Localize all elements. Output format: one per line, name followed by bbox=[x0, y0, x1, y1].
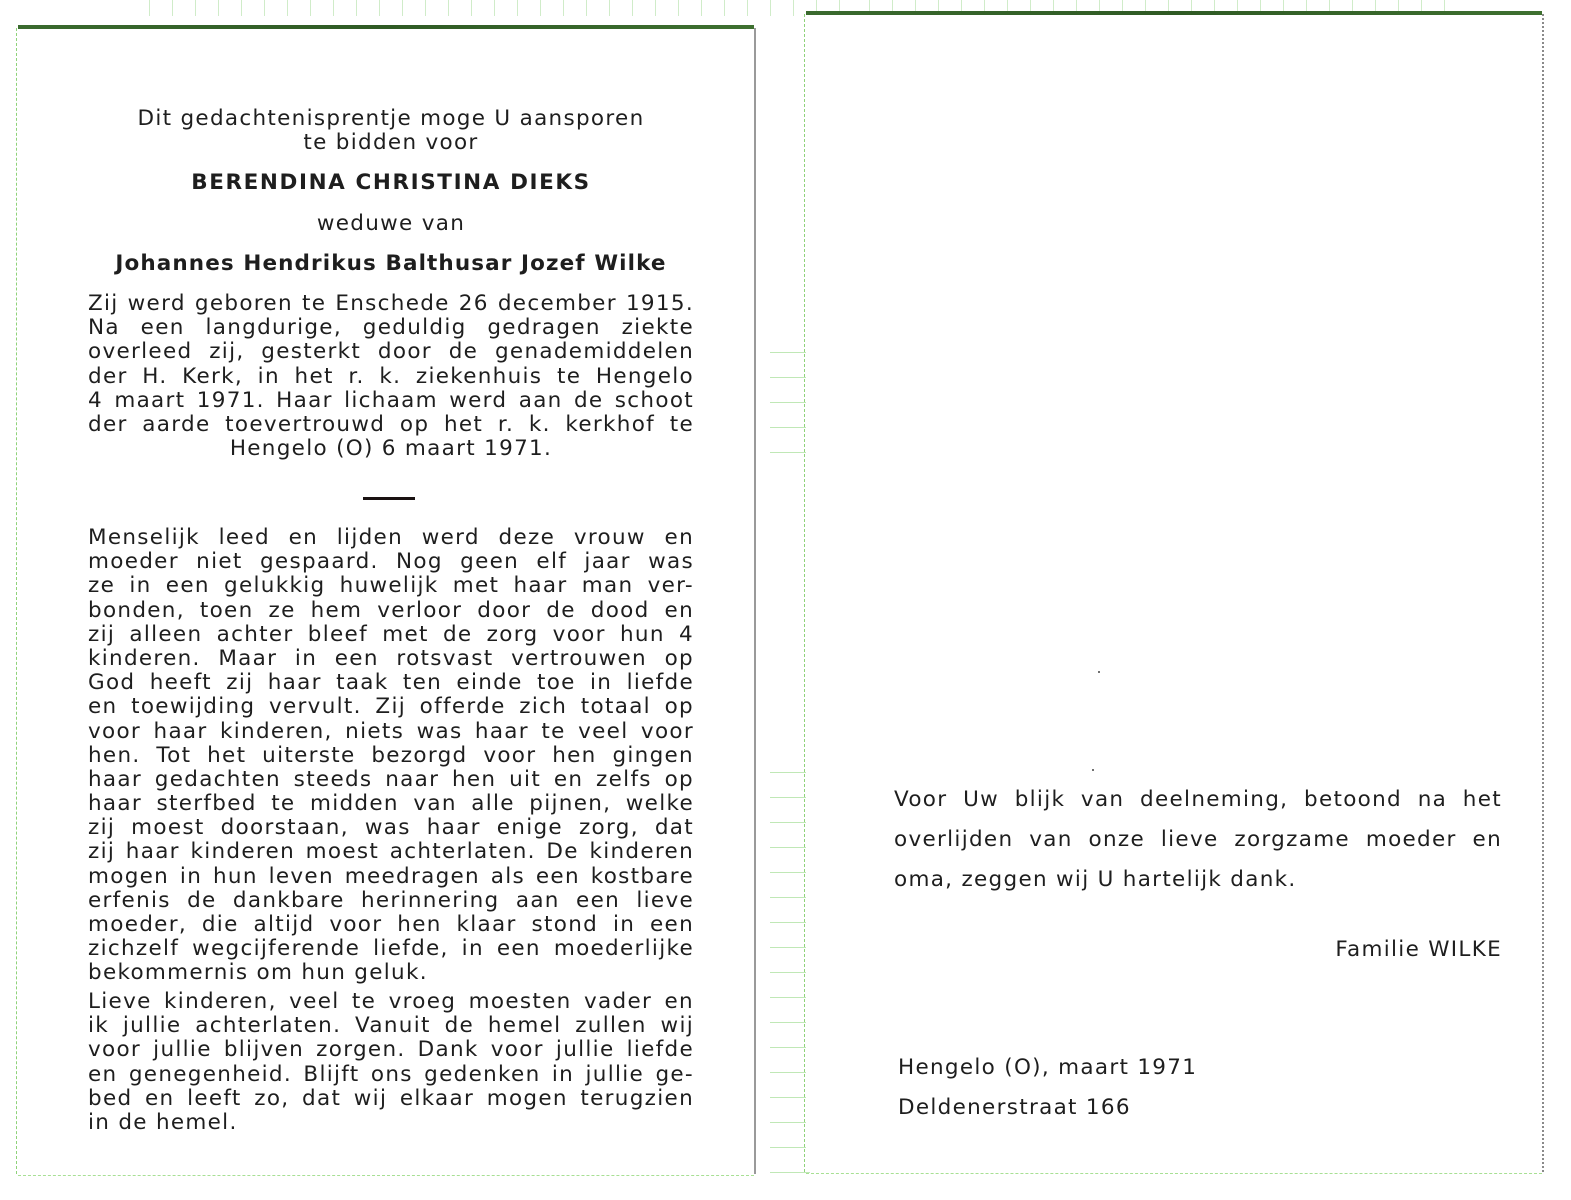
widow-of-label: weduwe van bbox=[78, 212, 704, 236]
reflection-line: ze in een gelukkig huwelijk met haar man… bbox=[88, 574, 694, 598]
biography-line: der aarde toevertrouwd op het r. k. kerk… bbox=[88, 413, 694, 437]
memorial-card-front: Dit gedachtenisprentje moge U aansporen … bbox=[18, 28, 756, 1174]
card-top-edge bbox=[806, 11, 1542, 15]
speck bbox=[1092, 769, 1094, 771]
reflection-line: bonden, toen ze hem verloor door de dood… bbox=[88, 599, 694, 623]
family-signature: Familie WILKE bbox=[1294, 938, 1502, 962]
thanks-line: overlijden van onze lieve zorgzame moede… bbox=[894, 820, 1502, 860]
reflection-line: zichzelf wegcijferende liefde, in een mo… bbox=[88, 937, 694, 961]
speck bbox=[1098, 671, 1100, 673]
thanks-paragraph: Voor Uw blijk van deelneming, betoond na… bbox=[894, 780, 1502, 900]
reflection-line: moeder niet gespaard. Nog geen elf jaar … bbox=[88, 550, 694, 574]
reflection-line: God heeft zij haar taak ten einde toe in… bbox=[88, 671, 694, 695]
biography-line: der H. Kerk, in het r. k. ziekenhuis te … bbox=[88, 365, 694, 389]
memorial-card-back: Voor Uw blijk van deelneming, betoond na… bbox=[806, 14, 1544, 1172]
farewell-line: Lieve kinderen, veel te vroeg moesten va… bbox=[88, 990, 694, 1014]
farewell-line: en genegenheid. Blijft ons gedenken in j… bbox=[88, 1063, 694, 1087]
thanks-line: oma, zeggen wij U hartelijk dank. bbox=[894, 860, 1502, 900]
biography-line: 4 maart 1971. Haar lichaam werd aan de s… bbox=[88, 389, 694, 413]
thanks-line: Voor Uw blijk van deelneming, betoond na… bbox=[894, 780, 1502, 820]
biography-line: Zij werd geboren te Enschede 26 december… bbox=[88, 292, 694, 316]
reflection-line: mogen in hun leven meedragen als een kos… bbox=[88, 865, 694, 889]
reflection-paragraph: Menselijk leed en lijden werd deze vrouw… bbox=[88, 526, 694, 986]
farewell-line: bed en leeft zo, dat wij elkaar mogen te… bbox=[88, 1087, 694, 1111]
reflection-line: moeder, die altijd voor hen klaar stond … bbox=[88, 913, 694, 937]
card-bottom-edge bbox=[18, 1174, 754, 1176]
card-bottom-edge bbox=[806, 1172, 1542, 1174]
reflection-line: voor haar kinderen, niets was haar te ve… bbox=[88, 720, 694, 744]
place-date: Hengelo (O), maart 1971 bbox=[898, 1056, 1197, 1080]
reflection-line: zij alleen achter bleef met de zorg voor… bbox=[88, 623, 694, 647]
reflection-line: Menselijk leed en lijden werd deze vrouw… bbox=[88, 526, 694, 550]
biography-line: Hengelo (O) 6 maart 1971. bbox=[88, 437, 694, 461]
biography-line: overleed zij, gesterkt door de genademid… bbox=[88, 340, 694, 364]
spouse-name: Johannes Hendrikus Balthusar Jozef Wilke bbox=[78, 252, 704, 276]
farewell-paragraph: Lieve kinderen, veel te vroeg moesten va… bbox=[88, 990, 694, 1135]
biography-paragraph: Zij werd geboren te Enschede 26 december… bbox=[88, 292, 694, 461]
section-divider bbox=[363, 497, 415, 500]
reflection-line: zij haar kinderen moest achterlaten. De … bbox=[88, 840, 694, 864]
reflection-line: kinderen. Maar in een rotsvast vertrouwe… bbox=[88, 647, 694, 671]
reflection-line: en toewijding vervult. Zij offerde zich … bbox=[88, 695, 694, 719]
card-top-edge bbox=[18, 25, 754, 29]
intro-line: Dit gedachtenisprentje moge U aansporen bbox=[78, 107, 704, 131]
farewell-line: voor jullie blijven zorgen. Dank voor ju… bbox=[88, 1038, 694, 1062]
scan-artifact-top-left bbox=[140, 0, 840, 16]
address: Deldenerstraat 166 bbox=[898, 1096, 1131, 1120]
reflection-line: hen. Tot het uiterste bezorgd voor hen g… bbox=[88, 744, 694, 768]
reflection-line: bekommernis om hun geluk. bbox=[88, 961, 694, 985]
reflection-line: haar gedachten steeds naar hen uit en ze… bbox=[88, 768, 694, 792]
reflection-line: erfenis de dankbare herinnering aan een … bbox=[88, 889, 694, 913]
reflection-line: zij moest doorstaan, was haar enige zorg… bbox=[88, 816, 694, 840]
card-left-edge bbox=[16, 28, 18, 1174]
intro-line: te bidden voor bbox=[78, 131, 704, 155]
intro-text: Dit gedachtenisprentje moge U aansporen … bbox=[78, 107, 704, 155]
reflection-line: haar sterfbed te midden van alle pijnen,… bbox=[88, 792, 694, 816]
farewell-line: in de hemel. bbox=[88, 1111, 694, 1135]
card-left-edge bbox=[804, 14, 806, 1172]
farewell-line: ik jullie achterlaten. Vanuit de hemel z… bbox=[88, 1014, 694, 1038]
biography-line: Na een langdurige, geduldig gedragen zie… bbox=[88, 316, 694, 340]
deceased-name: BERENDINA CHRISTINA DIEKS bbox=[78, 171, 704, 195]
